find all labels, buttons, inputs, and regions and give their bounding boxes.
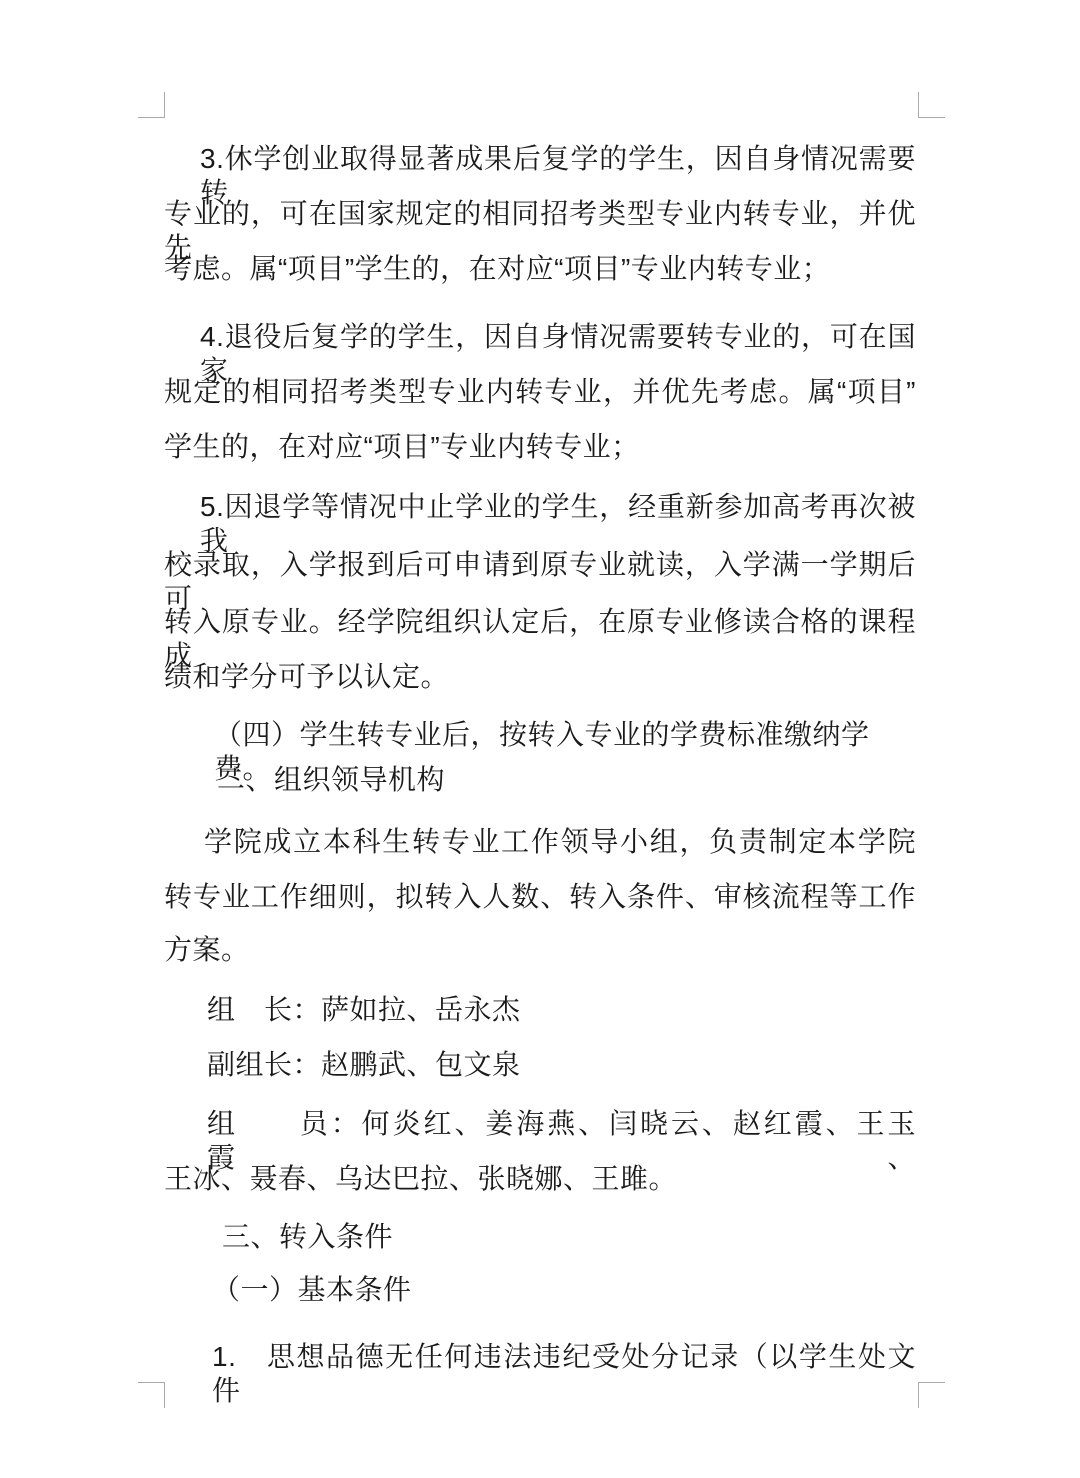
org-paragraph-line-2: 转专业工作细则，拟转入人数、转入条件、审核流程等工作 xyxy=(164,880,916,914)
item-4-line-2: 规定的相同招考类型专业内转专业，并优先考虑。属“项目” xyxy=(164,375,916,409)
item-5-line-4: 绩和学分可予以认定。 xyxy=(164,660,916,694)
item-4-line-3: 学生的，在对应“项目”专业内转专业； xyxy=(164,430,916,464)
condition-1-line: 1. 思想品德无任何违法违纪受处分记录（以学生处文件 xyxy=(164,1340,916,1408)
leader-line: 组 长：萨如拉、岳永杰 xyxy=(164,993,916,1027)
org-paragraph-line-1: 学院成立本科生转专业工作领导小组，负责制定本学院 xyxy=(164,825,916,859)
deputy-leader-line: 副组长：赵鹏武、包文泉 xyxy=(164,1048,916,1082)
text-boundary-mark-bottom-right xyxy=(918,1382,945,1408)
section-3-heading: 三、转入条件 xyxy=(164,1220,916,1254)
item-3-line-3: 考虑。属“项目”学生的，在对应“项目”专业内转专业； xyxy=(164,252,916,286)
section-2-heading: 二、组织领导机构 xyxy=(164,763,916,797)
text-boundary-mark-top-right xyxy=(918,92,945,118)
subsection-1-heading: （一）基本条件 xyxy=(164,1273,916,1307)
org-paragraph-line-3: 方案。 xyxy=(164,933,916,967)
members-line-2: 王冰、聂春、乌达巴拉、张晓娜、王雎。 xyxy=(164,1162,916,1196)
text-boundary-mark-top-left xyxy=(138,92,165,118)
document-page: 3.休学创业取得显著成果后复学的学生，因自身情况需要转 专业的，可在国家规定的相… xyxy=(0,0,1080,1478)
text-boundary-mark-bottom-left xyxy=(138,1382,165,1408)
